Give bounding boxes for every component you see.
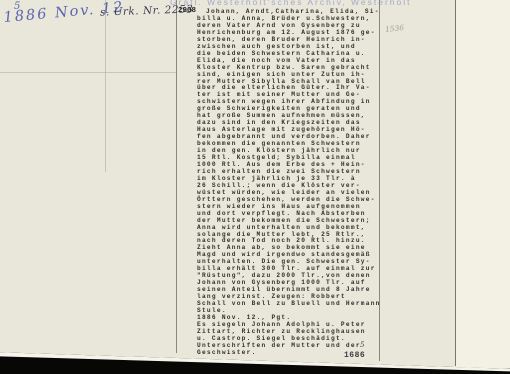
corner-index-mark: 5 bbox=[360, 341, 364, 349]
index-card: Gräfl. Westerholt'sches Archiv, Westerho… bbox=[0, 0, 510, 374]
pencil-note: 1536 bbox=[385, 23, 405, 34]
column-rule-mid bbox=[176, 0, 177, 353]
card-number: 2908 bbox=[178, 7, 196, 15]
header-rule bbox=[0, 72, 176, 73]
photo-background: { "topleft": { "index_mark": "5", "date"… bbox=[0, 0, 510, 374]
column-rule-left bbox=[105, 0, 106, 172]
archive-stamp-top: Gräfl. Westerholt'sches Archiv, Westerho… bbox=[170, 0, 412, 7]
regest-text: Johann, Arndt,Catharina, Elida, Si-billa… bbox=[197, 9, 383, 357]
corner-year-mark: 1686 bbox=[344, 351, 365, 360]
card-right-strip: Gräfl. Westerholt'sches Archiv, Westerho… bbox=[456, 0, 510, 368]
